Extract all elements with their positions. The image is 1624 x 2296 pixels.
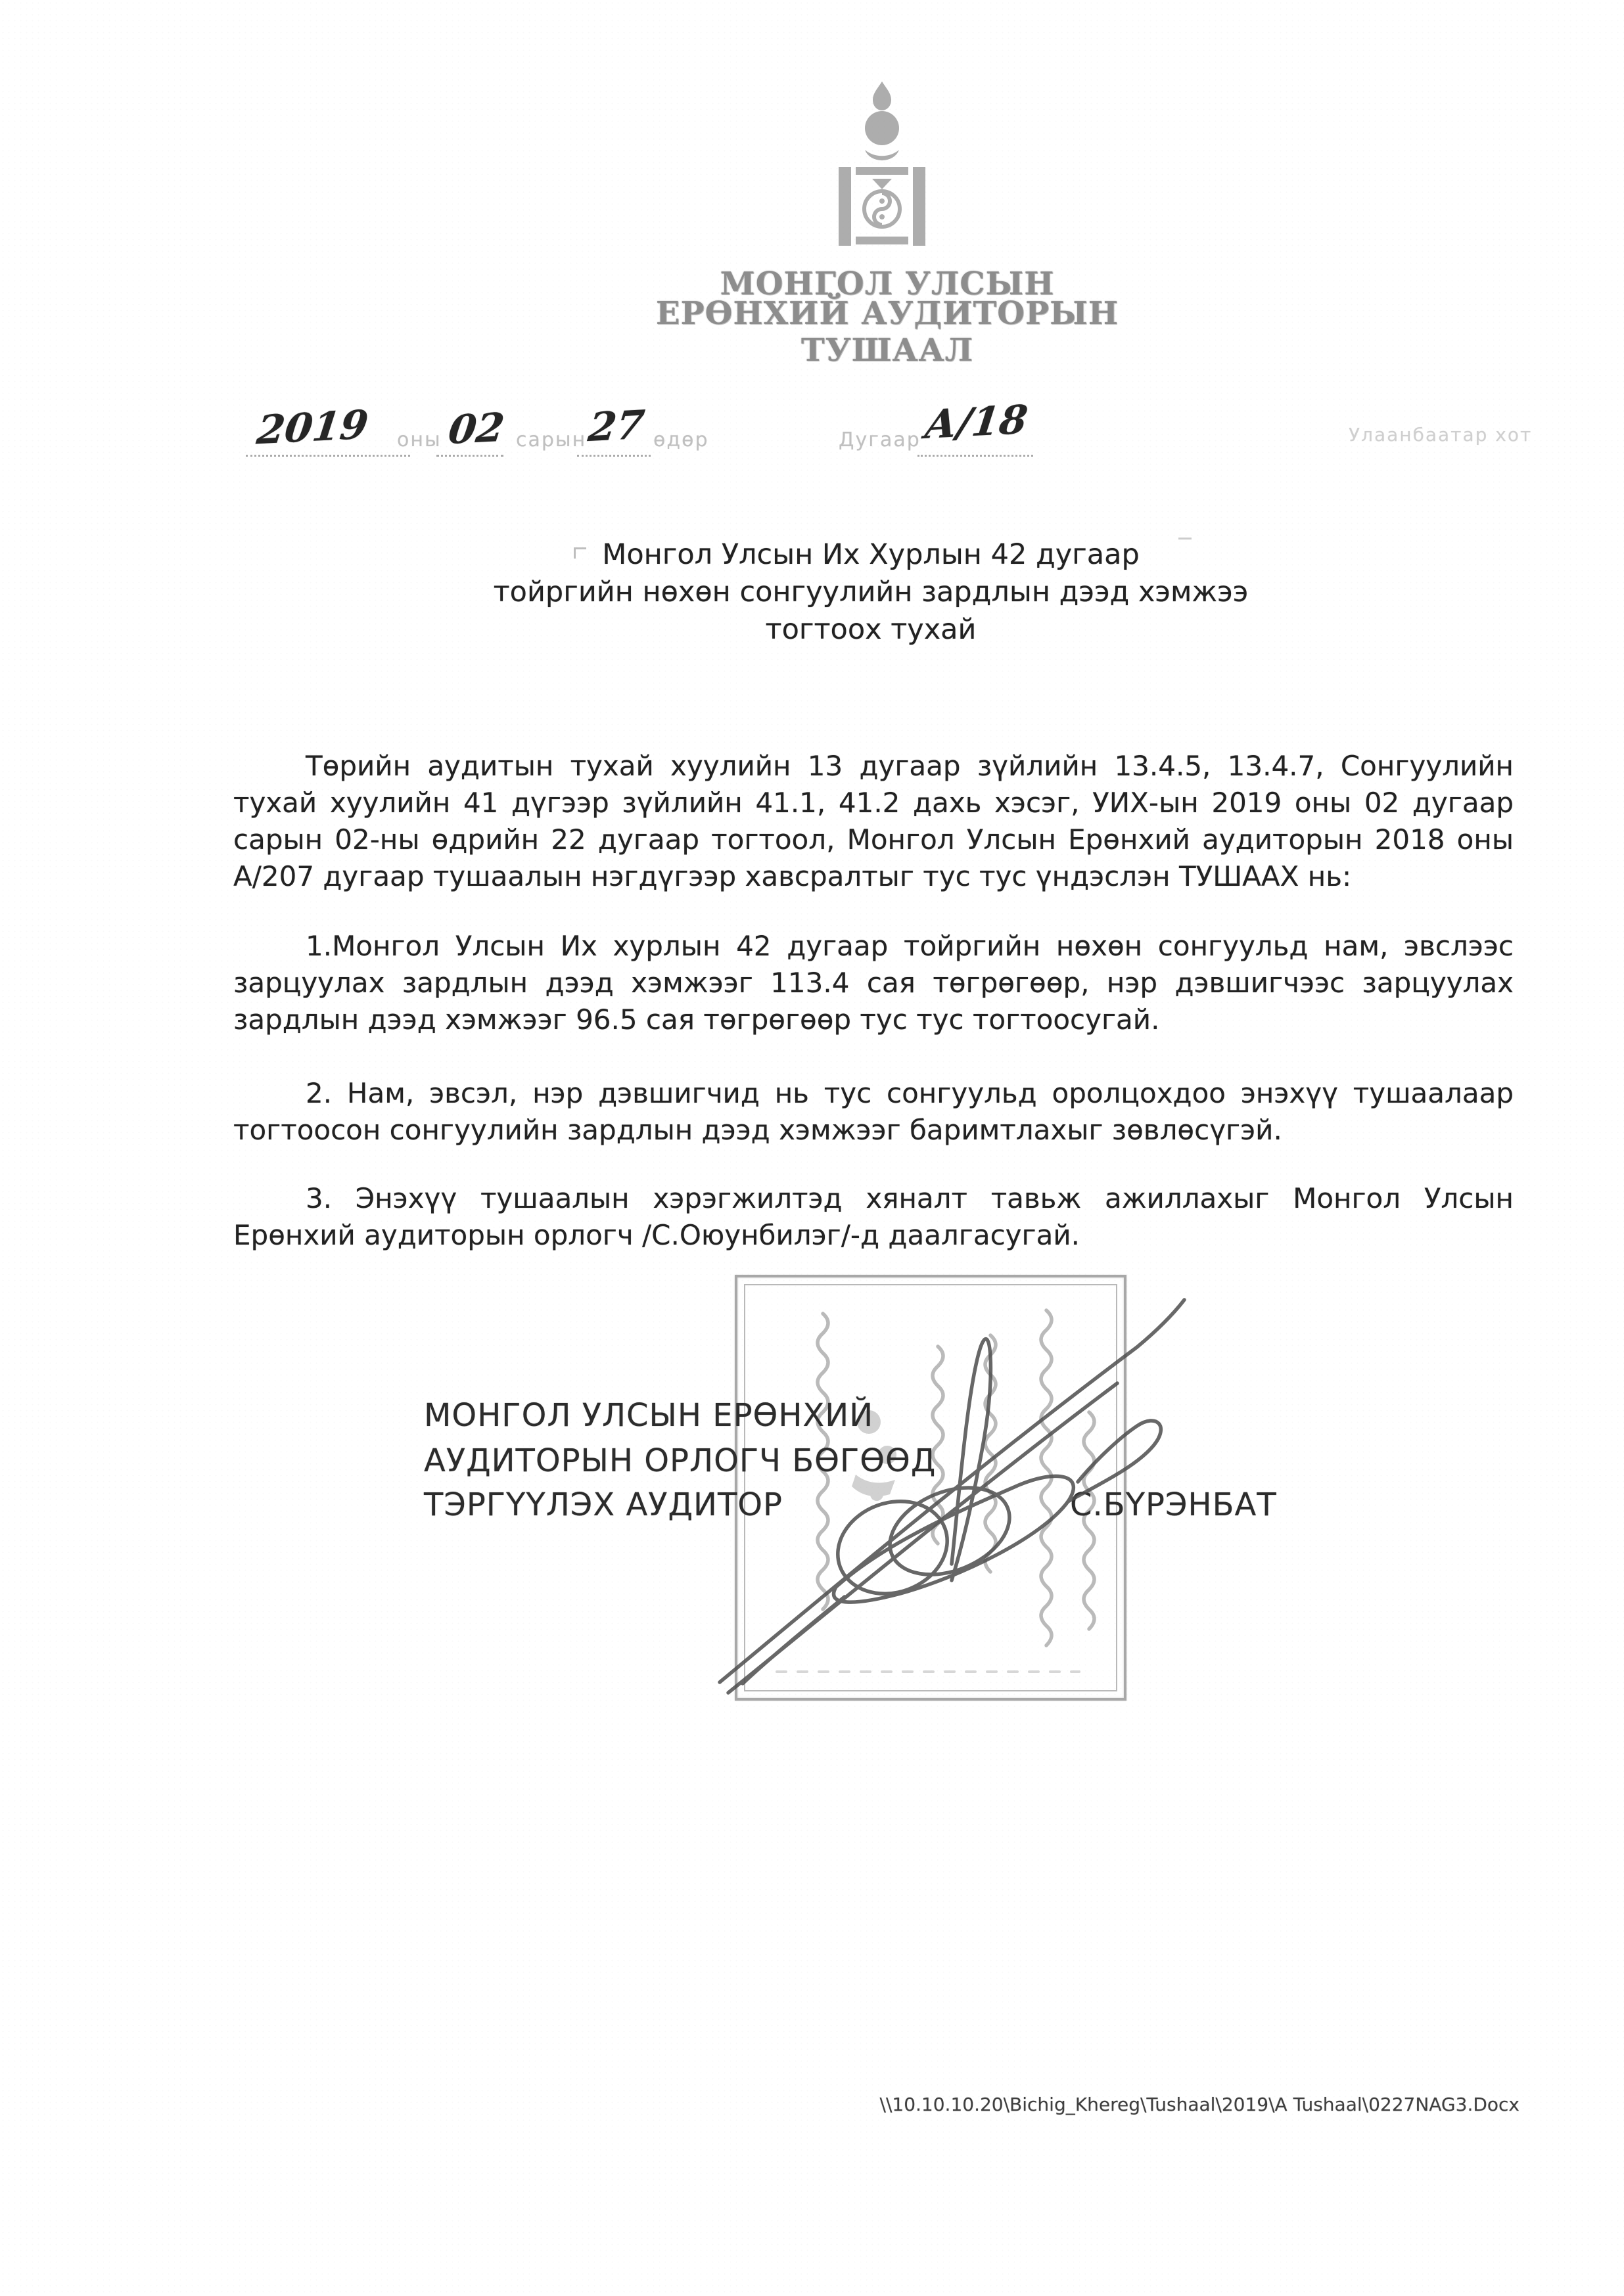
month-underline [436, 455, 503, 457]
day-underline [577, 455, 651, 457]
handwritten-number: А/18 [922, 397, 1030, 448]
city-label: Улаанбаатар хот [1349, 424, 1532, 446]
scan-artifact-bracket-right [1178, 538, 1192, 545]
year-label: оны [397, 428, 442, 451]
title-line1: Монгол Улсын Их Хурлын 42 дугаар [233, 536, 1508, 574]
handwritten-year: 2019 [254, 402, 371, 454]
document-title: Монгол Улсын Их Хурлын 42 дугаар тойргий… [233, 536, 1508, 649]
order-item-3: 3. Энэхүү тушаалын хэрэгжилтэд хяналт та… [233, 1180, 1514, 1254]
preamble-paragraph: Төрийн аудитын тухай хуулийн 13 дугаар з… [233, 748, 1514, 895]
scan-artifact-bracket-left [574, 547, 586, 559]
handwritten-month: 02 [446, 405, 507, 453]
doc-type-label: ТУШААЛ [559, 332, 1216, 369]
handwritten-day: 27 [586, 402, 647, 451]
file-path-footer: \\10.10.10.20\Bichig_Khereg\Tushaal\2019… [233, 2094, 1520, 2115]
org-name-line2: ЕРӨНХИЙ АУДИТОРЫН [559, 295, 1216, 332]
title-line3: тогтоох тухай [233, 611, 1508, 649]
number-underline [917, 455, 1033, 457]
order-item-2: 2. Нам, эвсэл, нэр дэвшигчид нь тус сонг… [233, 1075, 1514, 1149]
number-label: Дугаар [839, 428, 921, 451]
soyombo-emblem-icon [836, 80, 928, 246]
day-label: өдөр [653, 428, 709, 451]
signature-scribble-icon [684, 1249, 1222, 1722]
order-item-1: 1.Монгол Улсын Их хурлын 42 дугаар тойрг… [233, 928, 1514, 1038]
month-label: сарын [516, 428, 586, 451]
document-page: МОНГОЛ УЛСЫН ЕРӨНХИЙ АУДИТОРЫН ТУШААЛ 20… [0, 0, 1624, 2296]
year-underline [246, 455, 410, 457]
title-line2: тойргийн нөхөн сонгуулийн зардлын дээд х… [233, 574, 1508, 611]
